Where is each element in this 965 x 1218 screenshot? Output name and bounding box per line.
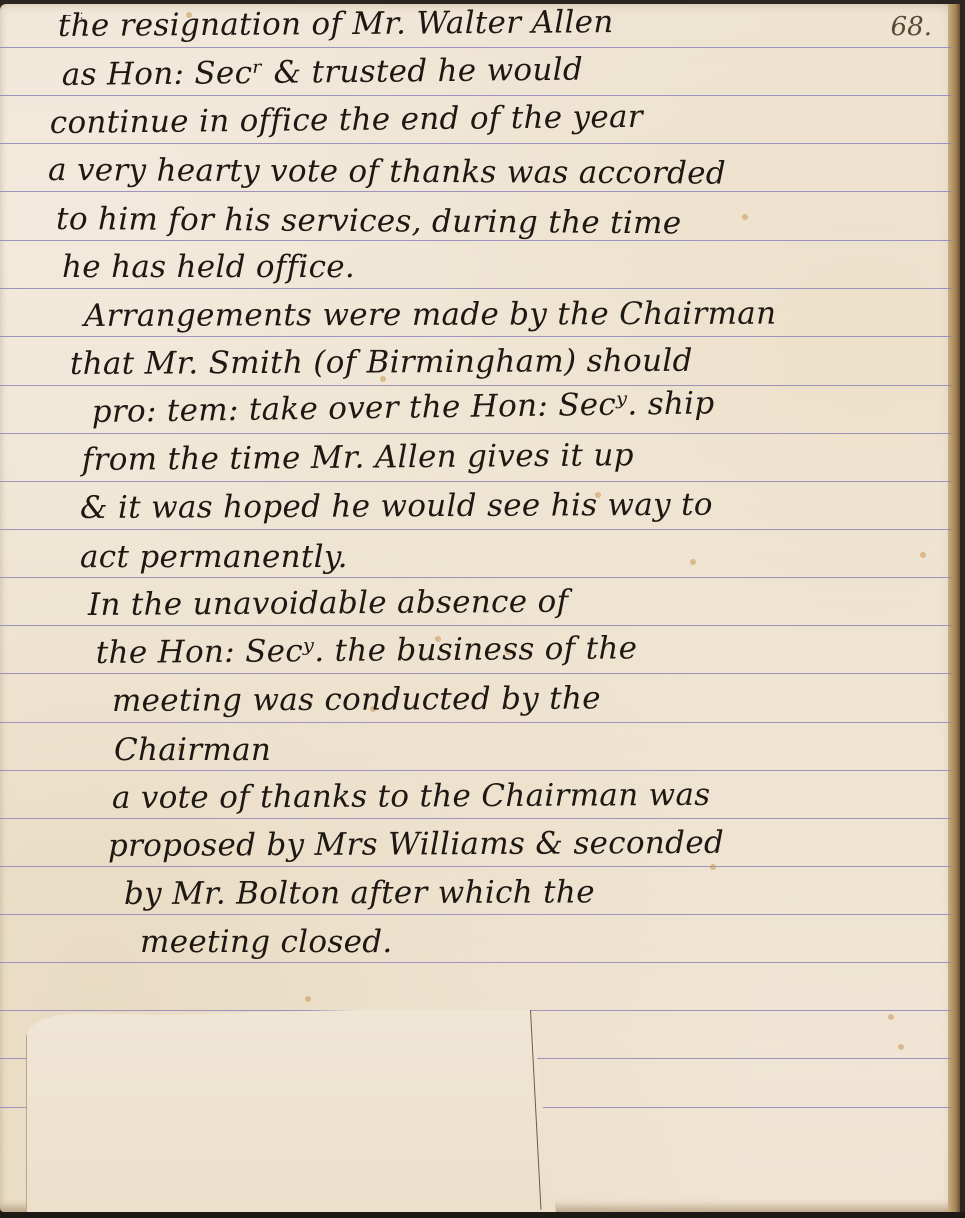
ruled-line — [0, 240, 952, 241]
text-line: to him for his services, during the time — [56, 201, 682, 241]
ruled-line — [0, 336, 952, 337]
ruled-line — [0, 625, 952, 626]
text-line: pro: tem: take over the Hon: Secʸ. ship — [91, 385, 714, 430]
ruled-line — [0, 577, 952, 578]
text-line: Chairman — [114, 732, 271, 768]
page-spine-edge — [948, 4, 960, 1212]
text-line: meeting was conducted by the — [112, 680, 601, 719]
text-line: Arrangements were made by the Chairman — [84, 296, 777, 334]
text-line: as Hon: Secʳ & trusted he would — [62, 52, 584, 93]
text-line: the resignation of Mr. Walter Allen — [58, 4, 614, 44]
pasted-paper-patch — [26, 1010, 558, 1212]
text-line: that Mr. Smith (of Birmingham) should — [70, 343, 693, 382]
ruled-line — [0, 385, 952, 386]
text-line: meeting closed. — [140, 924, 393, 960]
ruled-line — [0, 191, 952, 192]
text-line: he has held office. — [62, 249, 355, 285]
ruled-line — [0, 770, 952, 771]
text-line: from the time Mr. Allen gives it up — [82, 437, 634, 478]
bottom-border — [0, 1212, 965, 1218]
text-line: proposed by Mrs Williams & seconded — [108, 825, 724, 864]
text-line: a very hearty vote of thanks was accorde… — [48, 152, 726, 192]
ruled-line — [0, 95, 952, 96]
page-number: 68. — [891, 12, 932, 42]
ruled-line — [0, 673, 952, 674]
ruled-line — [0, 481, 952, 482]
text-line: a vote of thanks to the Chairman was — [112, 777, 711, 816]
ruled-line — [0, 914, 952, 915]
ruled-line — [0, 143, 952, 144]
ruled-line — [0, 962, 952, 963]
text-line: act permanently. — [80, 539, 348, 575]
ruled-line — [0, 288, 952, 289]
text-line: continue in office the end of the year — [50, 99, 643, 141]
ruled-line — [0, 818, 952, 819]
ruled-line — [0, 722, 952, 723]
text-line: the Hon: Secʸ. the business of the — [96, 630, 638, 671]
text-line: In the unavoidable absence of — [88, 584, 569, 623]
text-line: & it was hoped he would see his way to — [80, 487, 713, 526]
ruled-line — [0, 529, 952, 530]
ruled-line — [0, 47, 952, 48]
ruled-line — [0, 866, 952, 867]
ruled-line — [0, 433, 952, 434]
text-line: by Mr. Bolton after which the — [124, 874, 595, 912]
